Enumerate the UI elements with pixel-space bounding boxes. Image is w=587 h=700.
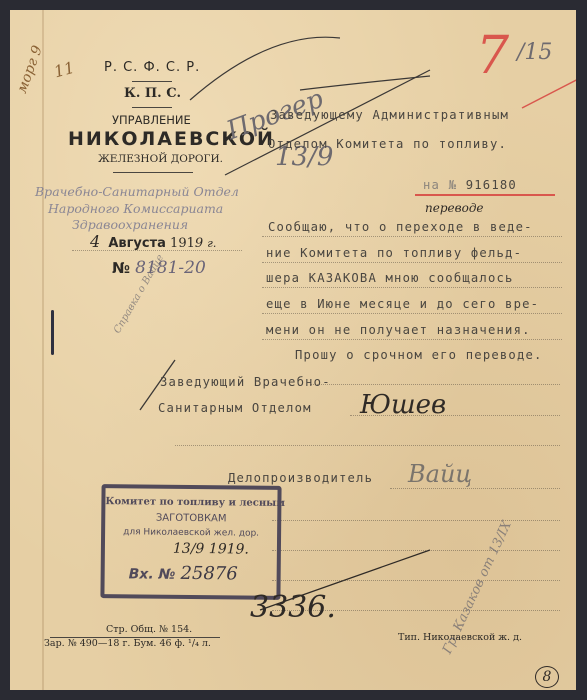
ruled-line	[262, 313, 562, 314]
reference-underline	[415, 194, 555, 196]
body-line: мени он не получает назначения.	[266, 323, 531, 337]
addressee-line2: Отделом Комитета по топливу.	[268, 137, 507, 151]
ruled-line	[390, 488, 560, 489]
reference-number: на № 916180	[423, 178, 517, 192]
received-stamp-date: 13/9 1919.	[125, 540, 297, 558]
ruled-line	[272, 550, 560, 551]
body-line: Сообщаю, что о переходе в веде-	[268, 220, 533, 234]
ruled-line	[272, 520, 560, 521]
body-line: шера КАЗАКОВА мною сообщалось	[266, 271, 514, 285]
document-page: морг 9 11 Р. С. Ф. С. Р. К. П. С. УПРАВЛ…	[10, 10, 576, 690]
received-stamp-line3: для Николаевской жел. дор.	[105, 527, 277, 539]
received-stamp-line2: ЗАГОТОВКАМ	[105, 512, 277, 525]
ruled-line	[350, 415, 560, 416]
body-line: еще в Июне месяце и до сего вре-	[266, 297, 539, 311]
ruled-line	[262, 287, 562, 288]
received-stamp: Комитет по топливу и лесным ЗАГОТОВКАМ д…	[100, 484, 281, 600]
ruled-line	[262, 262, 562, 263]
body-insertion: переводе	[425, 201, 484, 215]
handwritten-number: 3336.	[250, 590, 336, 625]
received-stamp-line1: Комитет по топливу и лесным	[105, 496, 277, 509]
addressee-line1: Заведующему Административным	[270, 108, 509, 122]
circled-page-number: 8	[535, 666, 559, 688]
head-title-line2: Санитарным Отделом	[158, 401, 312, 415]
ruled-line	[175, 445, 560, 446]
received-stamp-number: Вх. № 25876	[129, 562, 238, 584]
head-title-line1: Заведующий Врачебно-	[160, 375, 331, 389]
ruled-line	[310, 384, 560, 385]
ruled-line	[272, 580, 560, 581]
ruled-line	[262, 339, 562, 340]
ruled-line	[262, 236, 562, 237]
body-line: Прошу о срочном его переводе.	[295, 348, 543, 362]
form-line1: Стр. Общ. № 154.	[106, 624, 192, 635]
form-line2: Зар. № 490—18 г. Бум. 46 ф. ¹/₄ л.	[44, 638, 211, 649]
clerk-signature: Вайц	[408, 460, 472, 488]
printer-mark: Тип. Николаевской ж. д.	[398, 632, 522, 643]
clerk-title: Делопроизводитель	[228, 471, 373, 485]
body-line: ние Комитета по топливу фельд-	[266, 246, 522, 260]
